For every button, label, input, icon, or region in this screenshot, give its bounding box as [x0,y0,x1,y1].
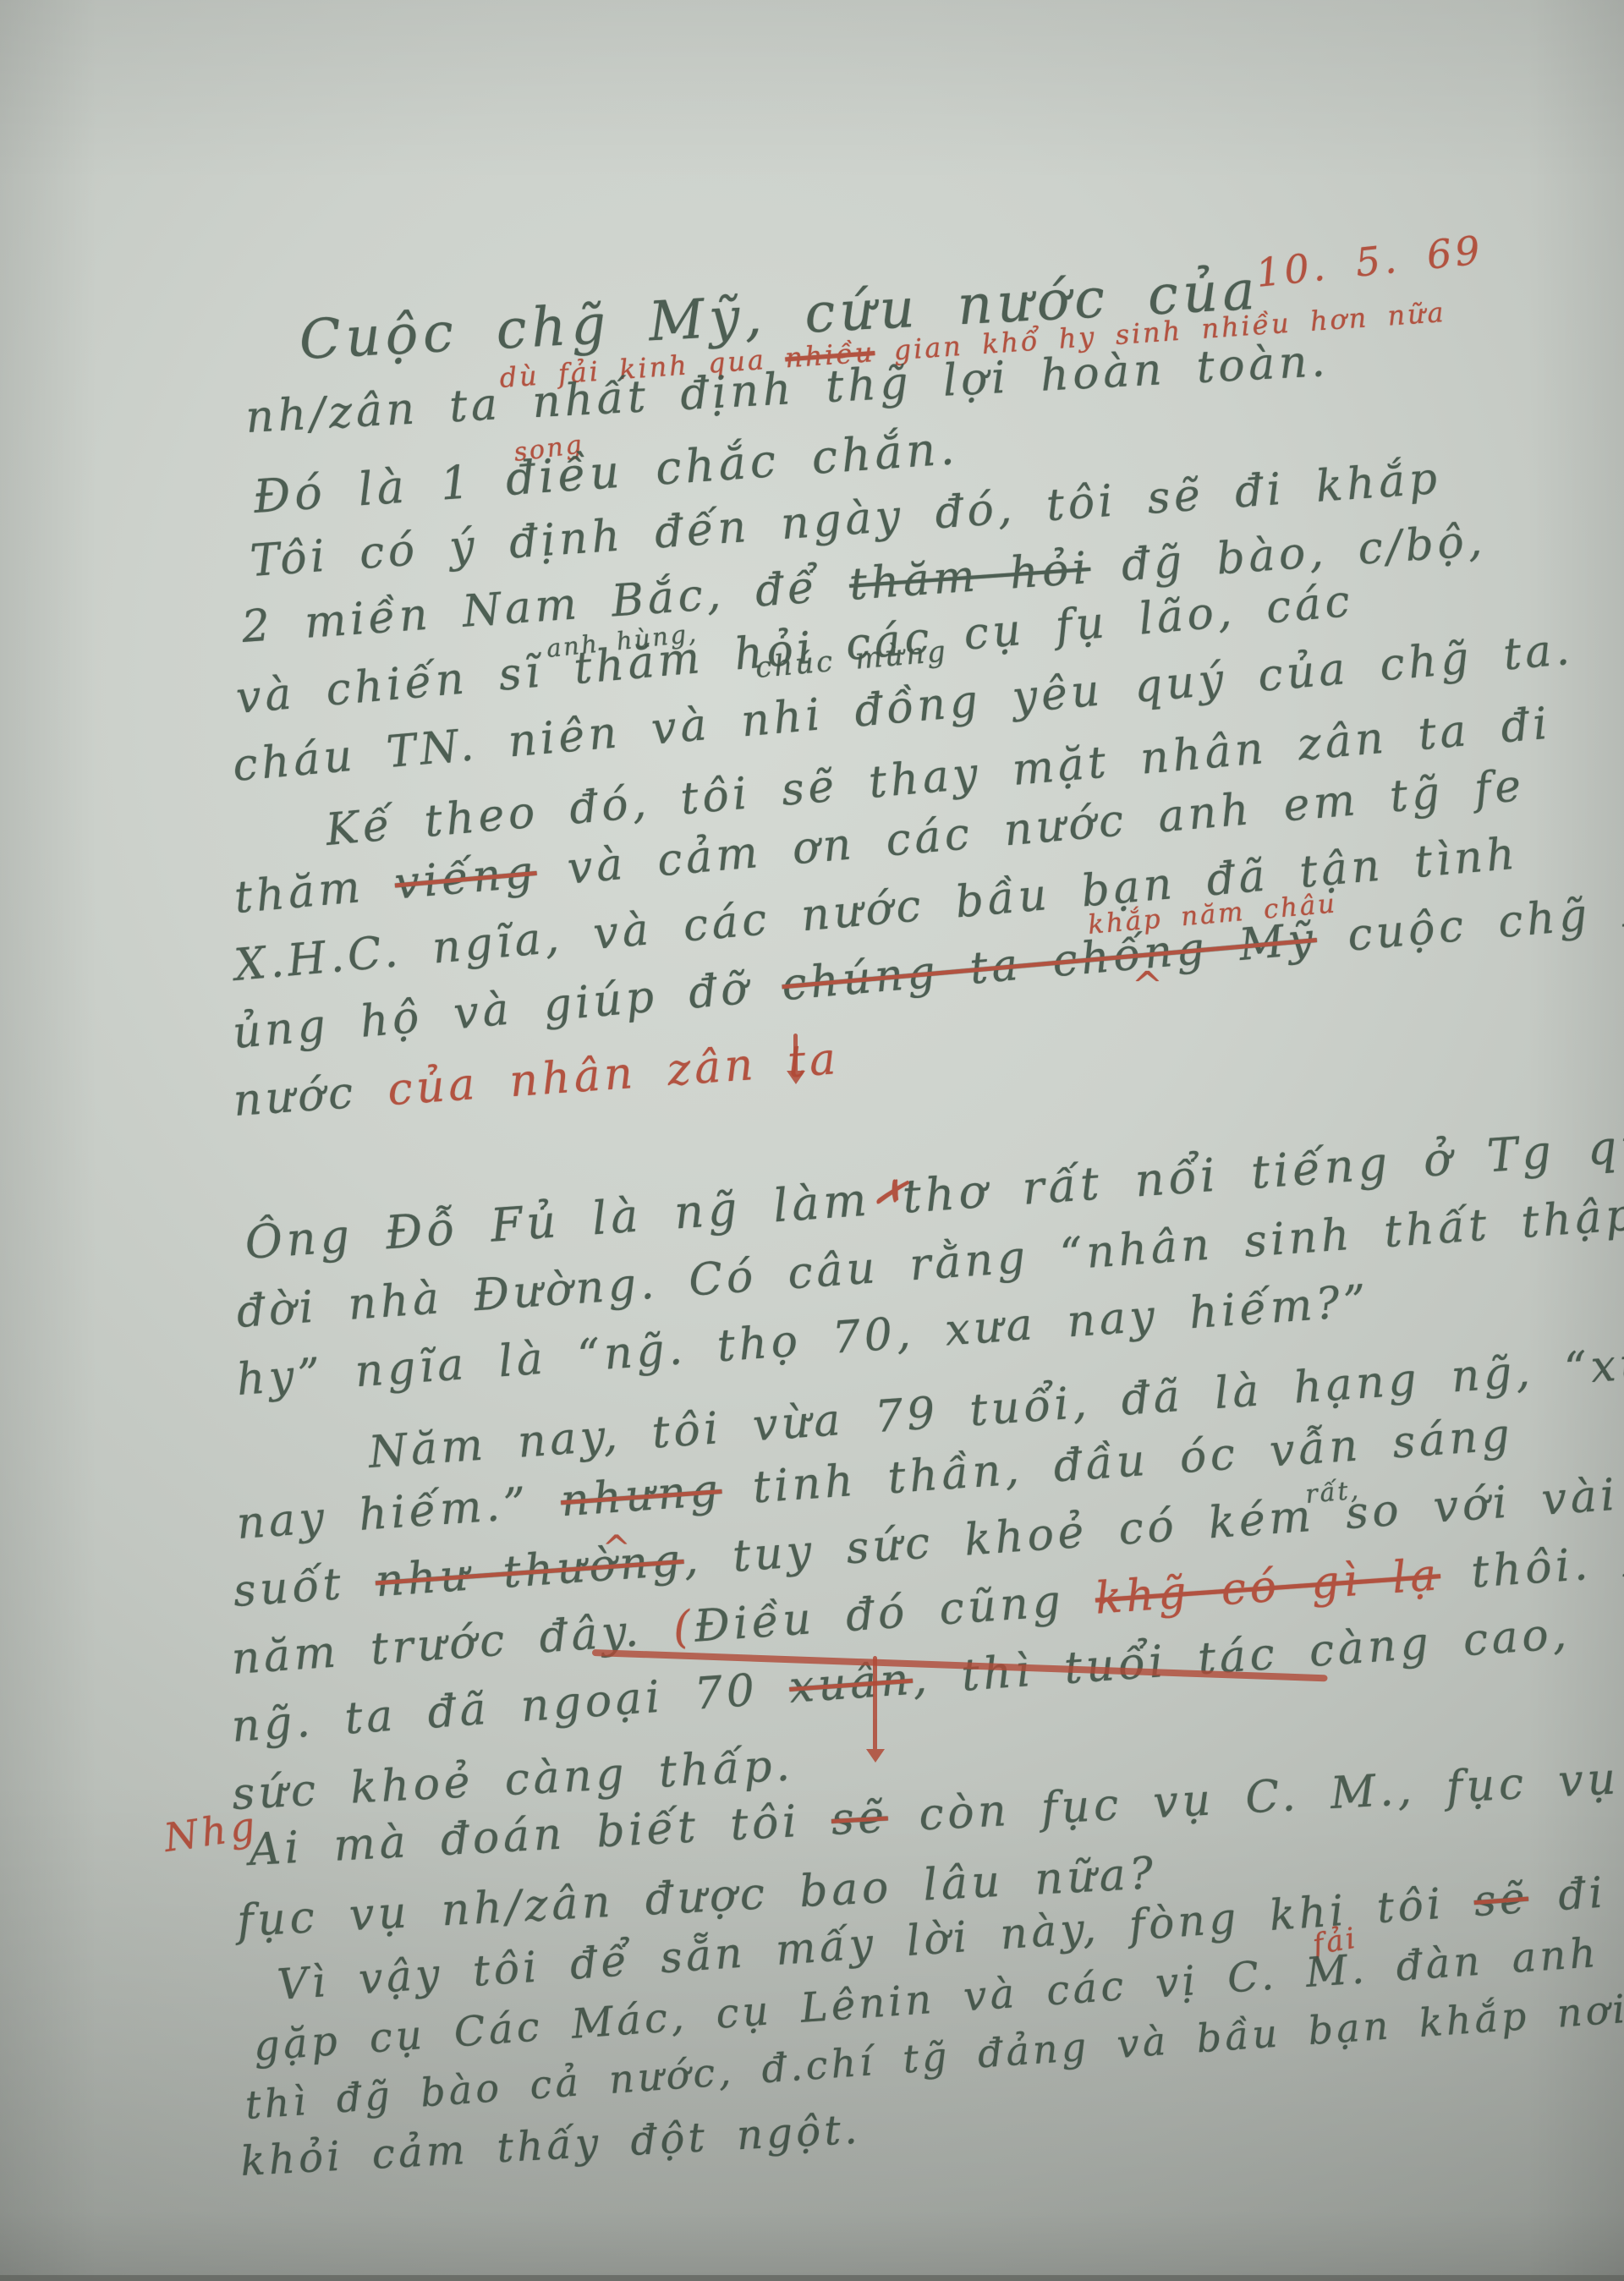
green-ink-segment: suốt [232,1556,377,1617]
green-ink-segment: sẽ [1473,1873,1530,1926]
photo-bottom-edge [0,2275,1624,2281]
red-ink-segment: 10. 5. 69 [1254,227,1485,296]
red-insert-mark-small [793,1034,798,1072]
green-ink-segment: còn fục vụ C. M., fục vụ Tổ q̃, [886,1744,1624,1842]
date-annotation: 10. 5. 69 [1254,227,1485,296]
red-ink-segment: Nhg [161,1802,261,1861]
green-ink-segment: Điều đó cũng [693,1574,1097,1653]
green-ink-segment: viếng [392,847,539,909]
green-ink-segment: thôi. Khi [1439,1531,1624,1600]
green-ink-segment: sẽ [830,1792,889,1845]
green-ink-segment: như thường [374,1535,686,1607]
manuscript-photo: 10. 5. 69Cuộc chg̃ Mỹ, cứu nước củadù fả… [0,0,1624,2281]
green-ink-segment: thăm hỏi [848,543,1092,611]
green-ink-segment: nay hiếm.” [235,1476,562,1549]
green-ink-segment: đi [1527,1867,1608,1922]
green-ink-segment: nước [232,1065,390,1127]
green-ink-segment: nhưng [559,1465,723,1527]
red-move-arrow [873,1656,877,1751]
green-ink-segment: năm trước đây. [230,1604,675,1685]
red-ink-segment: khg̃ có gì lạ [1094,1549,1442,1624]
green-ink-segment: thăm [233,859,398,924]
margin-red-nhg: Nhg [161,1802,261,1861]
red-ink-segment: của nhân zân ta [386,1034,841,1116]
